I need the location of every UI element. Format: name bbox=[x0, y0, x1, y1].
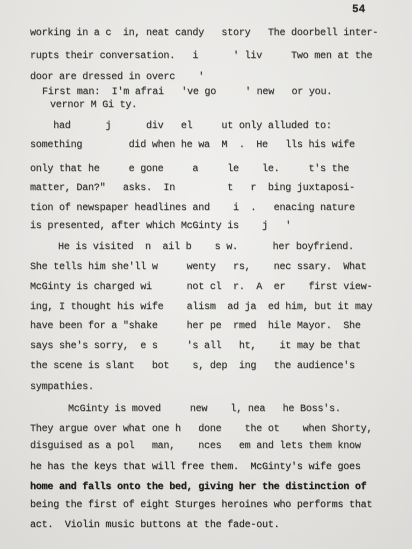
scanned-document-page: 54 working in a c in, neat candy story T… bbox=[0, 0, 412, 549]
text-line: matter, Dan?" asks. In t r bing juxtapos… bbox=[30, 182, 355, 195]
text-line: disguised as a pol man, nces em and lets… bbox=[30, 440, 361, 453]
text-line: had j div el ut only alluded to: bbox=[30, 120, 332, 133]
text-line: working in a c in, neat candy story The … bbox=[30, 27, 378, 40]
text-line: sympathies. bbox=[30, 381, 94, 394]
text-line-dialogue: First man: I'm afrai 've go ' new or you… bbox=[42, 86, 332, 99]
page-number: 54 bbox=[352, 4, 365, 16]
text-line: tion of newspaper headlines and i . enac… bbox=[30, 202, 355, 215]
text-line: the scene is slant bot s, dep ing the au… bbox=[30, 360, 355, 373]
text-line: being the first of eight Sturges heroine… bbox=[30, 499, 372, 512]
text-line: something did when he wa M . He lls his … bbox=[30, 139, 355, 152]
text-line: act. Violin music buttons at the fade-ou… bbox=[30, 519, 279, 532]
text-line: home and falls onto the bed, giving her … bbox=[30, 481, 366, 494]
text-line: He is visited n ail b s w. her boyfriend… bbox=[58, 241, 354, 254]
text-line: She tells him she'll w wenty rs, nec ssa… bbox=[30, 261, 366, 274]
text-line: rupts their conversation. i ' liv Two me… bbox=[30, 50, 372, 63]
text-line: McGinty is charged wi not cl r. A er fir… bbox=[30, 281, 372, 294]
text-line: door are dressed in overc ' bbox=[30, 71, 204, 84]
text-line: ing, I thought his wife alism ad ja ed h… bbox=[30, 301, 372, 314]
text-line: McGinty is moved new l, nea he Boss's. bbox=[68, 403, 341, 416]
text-line-dialogue: vernor M Gi ty. bbox=[50, 99, 137, 112]
text-line: is presented, after which McGinty is j ' bbox=[30, 220, 291, 233]
text-line: only that he e gone a le le. t's the bbox=[30, 163, 349, 176]
text-line: They argue over what one h done the ot w… bbox=[30, 423, 372, 436]
text-line: have been for a "shake her pe rmed hile … bbox=[30, 320, 361, 333]
text-line: he has the keys that will free them. McG… bbox=[30, 461, 361, 474]
text-line: says she's sorry, e s 's all ht, it may … bbox=[30, 340, 361, 353]
